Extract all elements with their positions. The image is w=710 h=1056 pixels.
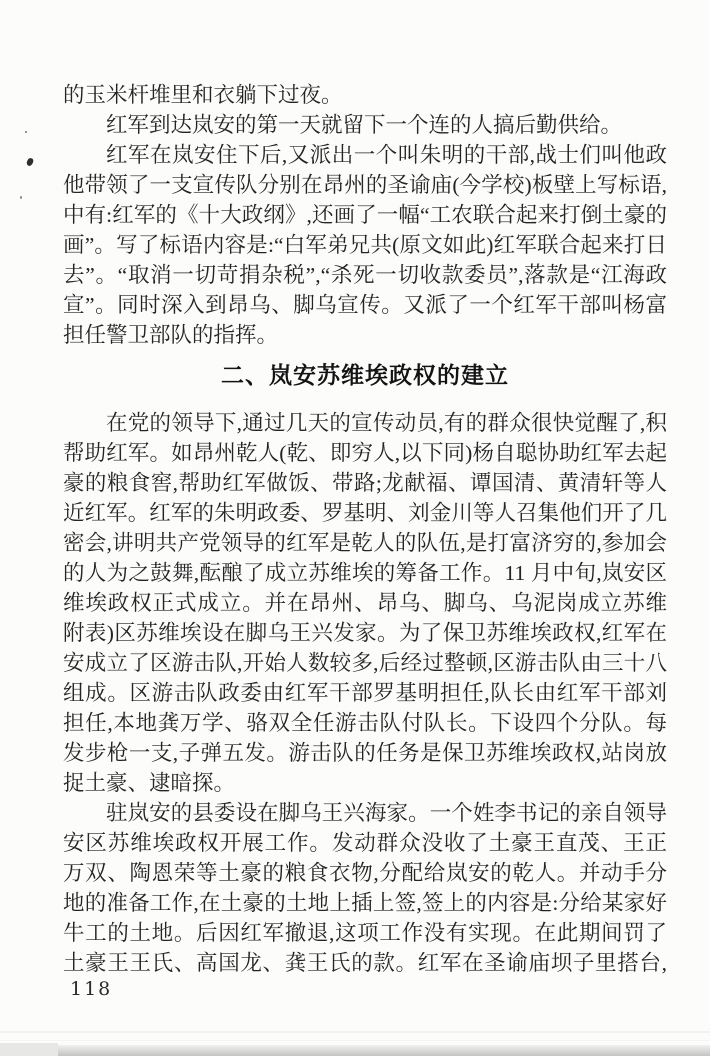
ink-speck <box>25 131 27 133</box>
text-column: 的玉米杆堆里和衣躺下过夜。红军到达岚安的第一天就留下一个连的人搞后勤供给。红军在… <box>63 80 667 978</box>
text-line: 宣”。同时深入到昂乌、脚乌宣传。又派了一个红军干部叫杨富才的 <box>63 290 667 320</box>
text-line: 土豪王王氏、高国龙、龚王氏的款。红军在圣谕庙坝子里搭台,召开了 <box>63 948 667 978</box>
text-line: 红军在岚安住下后,又派出一个叫朱明的干部,战士们叫他政委, <box>63 140 667 170</box>
text-line: 他带领了一支宣传队分别在昂州的圣谕庙(今学校)板壁上写标语,其 <box>63 170 667 200</box>
text-line: 担任警卫部队的指挥。 <box>63 320 667 350</box>
section-heading: 二、岚安苏维埃政权的建立 <box>63 360 667 390</box>
scan-edge-shadow <box>0 1045 710 1056</box>
text-line: 组成。区游击队政委由红军干部罗基明担任,队长由红军干部刘金川 <box>63 678 667 708</box>
scan-edge-corner <box>0 1043 58 1056</box>
text-line: 的玉米杆堆里和衣躺下过夜。 <box>63 80 667 110</box>
text-line: 担任,本地龚万学、骆双全任游击队付队长。下设四个分队。每个人 <box>63 708 667 738</box>
text-line: 画”。写了标语内容是:“白军弟兄共(原文如此)红军联合起来打日本 <box>63 230 667 260</box>
text-line: 地的准备工作,在土豪的土地上插上签,签上的内容是:分给某家好多 <box>63 888 667 918</box>
page-number: 118 <box>70 978 112 1000</box>
text-line: 密会,讲明共产党领导的红军是乾人的队伍,是打富济穷的,参加会议 <box>63 528 667 558</box>
ink-speck <box>20 196 22 199</box>
text-line: 牛工的土地。后因红军撤退,这项工作没有实现。在此期间罚了逃亡 <box>63 918 667 948</box>
text-line: 豪的粮食窖,帮助红军做饭、带路;龙献福、谭国清、黄清轩等人积极靠 <box>63 468 667 498</box>
text-line: 安区苏维埃政权开展工作。发动群众没收了土豪王直茂、王正荣、高 <box>63 828 667 858</box>
text-line: 驻岚安的县委设在脚乌王兴海家。一个姓李书记的亲自领导岚 <box>63 798 667 828</box>
scanned-book-page: 的玉米杆堆里和衣躺下过夜。红军到达岚安的第一天就留下一个连的人搞后勤供给。红军在… <box>0 0 710 1056</box>
text-line: 去”。“取消一切苛捐杂税”,“杀死一切收款委员”,落款是“江海政 <box>63 260 667 290</box>
text-line: 发步枪一支,子弹五发。游击队的任务是保卫苏维埃政权,站岗放哨、 <box>63 738 667 768</box>
text-line: 捉土豪、逮暗探。 <box>63 768 667 798</box>
text-line: 附表)区苏维埃设在脚乌王兴发家。为了保卫苏维埃政权,红军在岚 <box>63 618 667 648</box>
text-line: 在党的领导下,通过几天的宣传动员,有的群众很快觉醒了,积极 <box>63 408 667 438</box>
ink-speck <box>26 157 34 166</box>
text-line: 万双、陶恩荣等土豪的粮食衣物,分配给岚安的乾人。并动手分配土 <box>63 858 667 888</box>
text-line: 帮助红军。如昂州乾人(乾、即穷人,以下同)杨自聪协助红军去起土 <box>63 438 667 468</box>
text-line: 中有:红军的《十大政纲》,还画了一幅“工农联合起来打倒土豪的宣传 <box>63 200 667 230</box>
text-line: 安成立了区游击队,开始人数较多,后经过整顿,区游击队由三十八人 <box>63 648 667 678</box>
text-line: 的人为之鼓舞,酝酿了成立苏维埃的筹备工作。11 月中旬,岚安区苏 <box>63 558 667 588</box>
scan-streak <box>0 1040 710 1041</box>
text-line: 近红军。红军的朱明政委、罗基明、刘金川等人召集他们开了几次秘 <box>63 498 667 528</box>
scan-streak <box>0 1031 710 1033</box>
text-line: 红军到达岚安的第一天就留下一个连的人搞后勤供给。 <box>63 110 667 140</box>
text-line: 维埃政权正式成立。并在昂州、昂乌、脚乌、乌泥岗成立苏维埃。(见 <box>63 588 667 618</box>
